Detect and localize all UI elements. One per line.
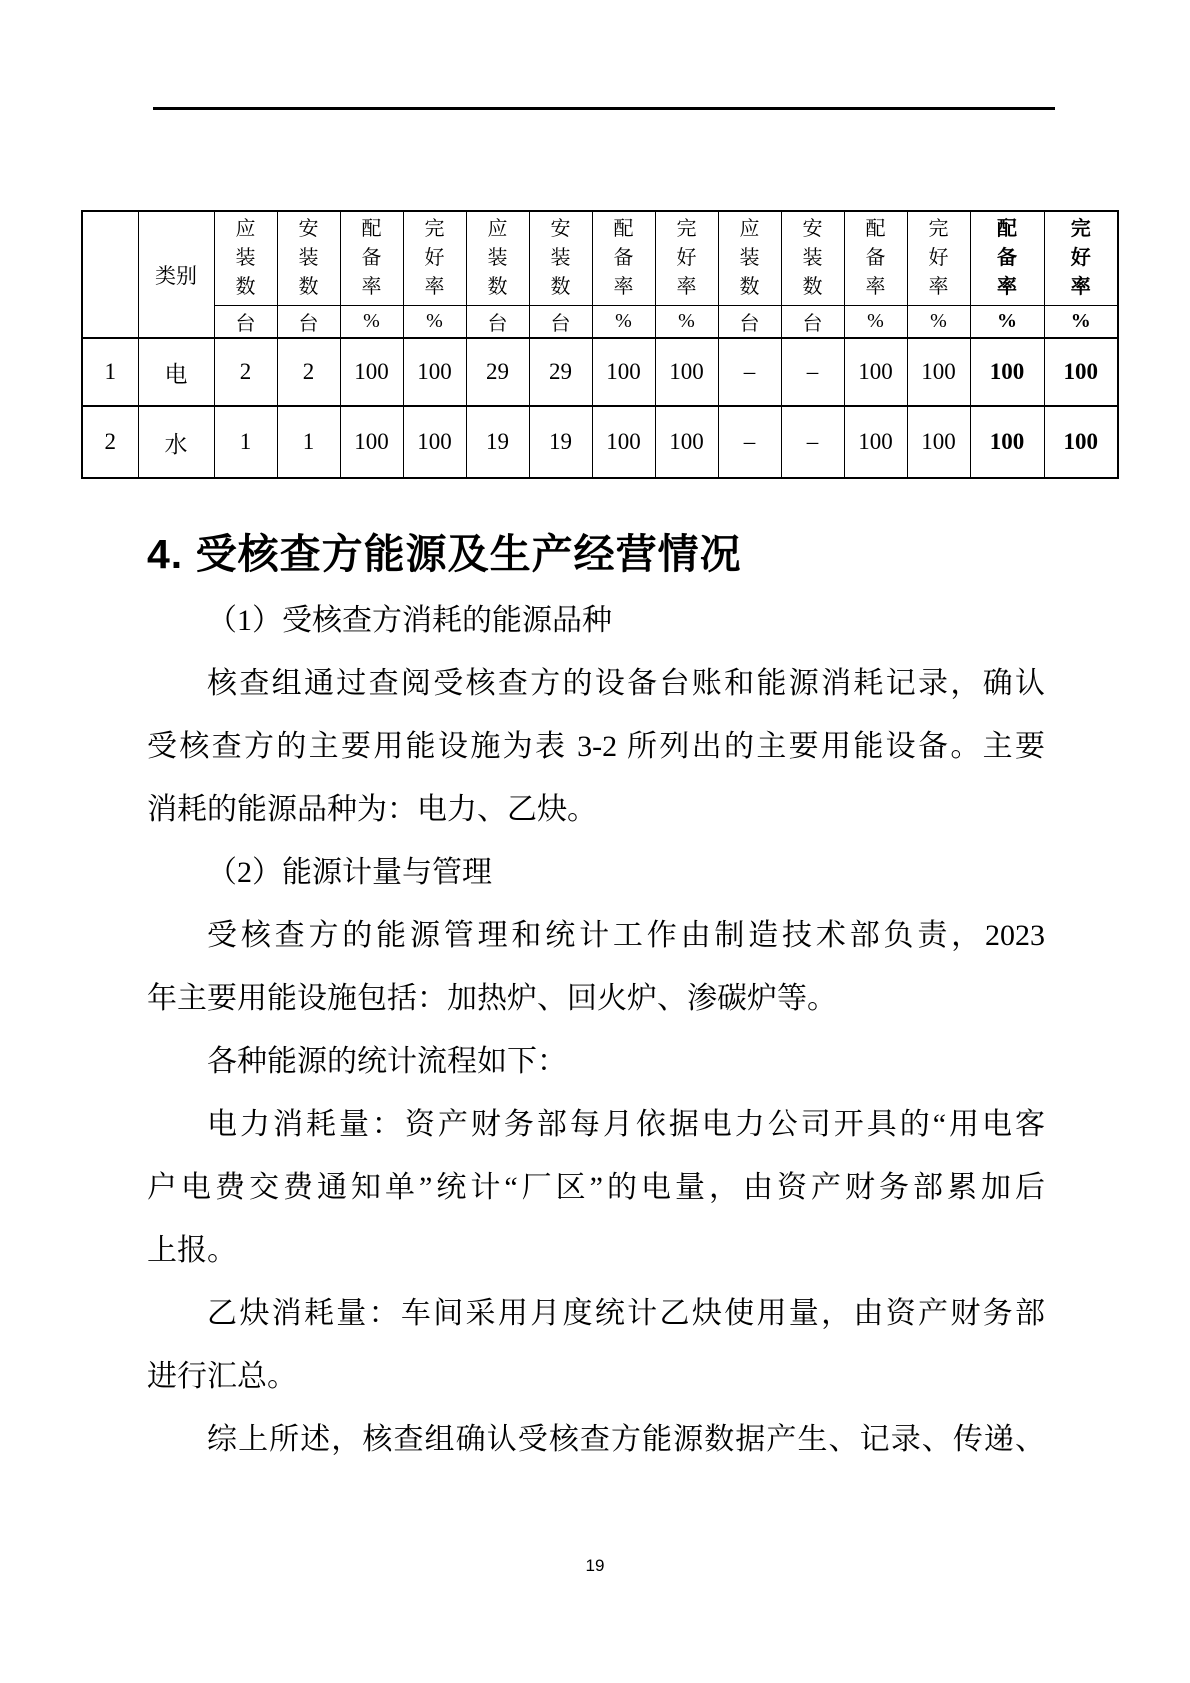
- header-rule: [153, 107, 1055, 110]
- text-line: 核查组通过查阅受核查方的设备台账和能源消耗记录，确认: [147, 652, 1045, 715]
- group-header-text: 安装数: [801, 215, 824, 302]
- group-header-cell: 安装数: [529, 211, 592, 305]
- section: 4. 受核查方能源及生产经营情况 （1）受核查方消耗的能源品种核查组通过查阅受核…: [147, 520, 1045, 1471]
- category-cell: 电: [138, 338, 214, 406]
- unit-cell: %: [340, 305, 403, 338]
- value-cell: 100: [844, 338, 907, 406]
- value-cell: 100: [907, 338, 970, 406]
- group-header-cell: 完好率: [655, 211, 718, 305]
- group-header-cell: 配备率: [970, 211, 1044, 305]
- text-line: 受核查方的主要用能设施为表 3-2 所列出的主要用能设备。主要: [147, 715, 1045, 778]
- value-cell: –: [718, 406, 781, 478]
- value-cell: 100: [1044, 338, 1118, 406]
- unit-cell: %: [592, 305, 655, 338]
- value-cell: 100: [1044, 406, 1118, 478]
- table-row: 2水111001001919100100––100100100100: [82, 406, 1118, 478]
- group-header-text: 完好率: [927, 215, 950, 302]
- unit-cell: 台: [529, 305, 592, 338]
- text-line: 综上所述，核查组确认受核查方能源数据产生、记录、传递、: [147, 1408, 1045, 1471]
- unit-cell: %: [403, 305, 466, 338]
- table-header-row-1: 类别 应装数安装数配备率完好率应装数安装数配备率完好率应装数安装数配备率完好率配…: [82, 211, 1118, 305]
- value-cell: 29: [466, 338, 529, 406]
- group-header-text: 完好率: [675, 215, 698, 302]
- group-header-text: 配备率: [996, 215, 1019, 302]
- category-cell: 水: [138, 406, 214, 478]
- value-cell: 100: [970, 406, 1044, 478]
- value-cell: 100: [655, 406, 718, 478]
- section-heading: 4. 受核查方能源及生产经营情况: [147, 520, 1045, 589]
- unit-cell: %: [844, 305, 907, 338]
- group-header-cell: 配备率: [340, 211, 403, 305]
- text-line: 户电费交费通知单”统计“厂区”的电量，由资产财务部累加后: [147, 1156, 1045, 1219]
- value-cell: –: [718, 338, 781, 406]
- text-line: 受核查方的能源管理和统计工作由制造技术部负责，2023: [147, 904, 1045, 967]
- unit-cell: 台: [718, 305, 781, 338]
- value-cell: 100: [655, 338, 718, 406]
- value-cell: 19: [466, 406, 529, 478]
- value-cell: 29: [529, 338, 592, 406]
- group-header-cell: 应装数: [214, 211, 277, 305]
- text-line: 年主要用能设施包括：加热炉、回火炉、渗碳炉等。: [147, 967, 1045, 1030]
- value-cell: 100: [340, 406, 403, 478]
- document-page: { "page": { "number": "19" }, "table": {…: [0, 0, 1190, 1683]
- unit-cell: 台: [277, 305, 340, 338]
- group-header-cell: 完好率: [1044, 211, 1118, 305]
- group-header-text: 应装数: [234, 215, 257, 302]
- row-index-cell: 1: [82, 338, 138, 406]
- text-line: 上报。: [147, 1219, 1045, 1282]
- value-cell: 100: [592, 338, 655, 406]
- group-header-text: 安装数: [297, 215, 320, 302]
- group-header-cell: 配备率: [844, 211, 907, 305]
- unit-cell: 台: [781, 305, 844, 338]
- value-cell: 100: [844, 406, 907, 478]
- value-cell: 100: [403, 338, 466, 406]
- unit-cell: %: [1044, 305, 1118, 338]
- meter-table: 类别 应装数安装数配备率完好率应装数安装数配备率完好率应装数安装数配备率完好率配…: [81, 210, 1119, 479]
- row-index-cell: 2: [82, 406, 138, 478]
- group-header-text: 应装数: [486, 215, 509, 302]
- value-cell: 1: [214, 406, 277, 478]
- value-cell: 100: [907, 406, 970, 478]
- text-line: （2）能源计量与管理: [147, 841, 1045, 904]
- value-cell: 100: [970, 338, 1044, 406]
- group-header-text: 应装数: [738, 215, 761, 302]
- unit-cell: %: [970, 305, 1044, 338]
- value-cell: 100: [592, 406, 655, 478]
- value-cell: 2: [214, 338, 277, 406]
- unit-cell: %: [907, 305, 970, 338]
- group-header-text: 完好率: [423, 215, 446, 302]
- text-line: 进行汇总。: [147, 1345, 1045, 1408]
- page-number: 19: [0, 1556, 1190, 1576]
- value-cell: 1: [277, 406, 340, 478]
- value-cell: 100: [340, 338, 403, 406]
- text-line: 乙炔消耗量：车间采用月度统计乙炔使用量，由资产财务部: [147, 1282, 1045, 1345]
- group-header-cell: 安装数: [277, 211, 340, 305]
- unit-cell: 台: [466, 305, 529, 338]
- group-header-text: 完好率: [1069, 215, 1092, 302]
- text-line: 消耗的能源品种为：电力、乙炔。: [147, 778, 1045, 841]
- unit-cell: %: [655, 305, 718, 338]
- group-header-cell: 完好率: [403, 211, 466, 305]
- group-header-cell: 应装数: [466, 211, 529, 305]
- table-header-row-2: 台台%%台台%%台台%%%%: [82, 305, 1118, 338]
- group-header-text: 配备率: [612, 215, 635, 302]
- value-cell: 100: [403, 406, 466, 478]
- category-header-cell: 类别: [138, 211, 214, 338]
- value-cell: 2: [277, 338, 340, 406]
- value-cell: –: [781, 406, 844, 478]
- value-cell: –: [781, 338, 844, 406]
- table-body: 1电221001002929100100––1001001001002水1110…: [82, 338, 1118, 478]
- group-header-cell: 完好率: [907, 211, 970, 305]
- body-text: （1）受核查方消耗的能源品种核查组通过查阅受核查方的设备台账和能源消耗记录，确认…: [147, 589, 1045, 1471]
- value-cell: 19: [529, 406, 592, 478]
- text-line: 电力消耗量：资产财务部每月依据电力公司开具的“用电客: [147, 1093, 1045, 1156]
- table-corner-cell: [82, 211, 138, 338]
- group-header-cell: 安装数: [781, 211, 844, 305]
- text-line: （1）受核查方消耗的能源品种: [147, 589, 1045, 652]
- table-row: 1电221001002929100100––100100100100: [82, 338, 1118, 406]
- group-header-text: 配备率: [864, 215, 887, 302]
- unit-cell: 台: [214, 305, 277, 338]
- group-header-cell: 应装数: [718, 211, 781, 305]
- group-header-text: 安装数: [549, 215, 572, 302]
- group-header-text: 配备率: [360, 215, 383, 302]
- group-header-cell: 配备率: [592, 211, 655, 305]
- text-line: 各种能源的统计流程如下：: [147, 1030, 1045, 1093]
